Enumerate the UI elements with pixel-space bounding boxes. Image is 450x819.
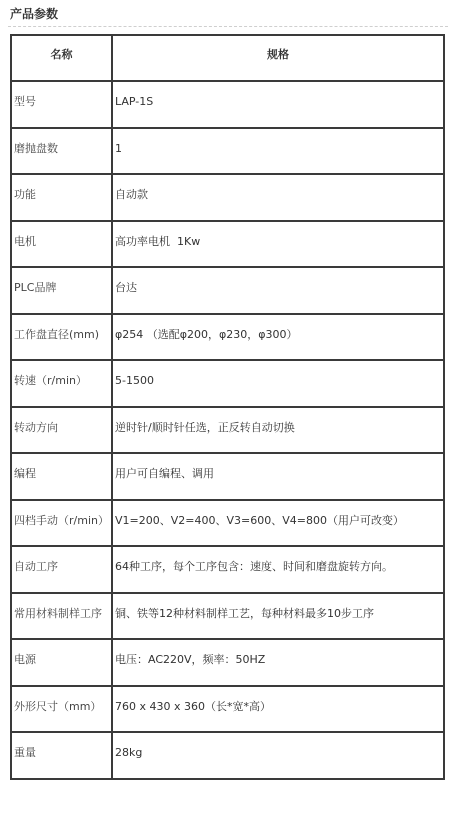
- row-label: 自动工序: [11, 546, 112, 593]
- table-row: 转速（r/min） 5-1500: [11, 360, 444, 407]
- table-row: PLC品牌 台达: [11, 267, 444, 314]
- row-value: LAP-1S: [112, 81, 444, 128]
- row-value: 铜、铁等12种材料制样工艺，每种材料最多10步工序: [112, 593, 444, 640]
- row-value: 1: [112, 128, 444, 175]
- row-value: 28kg: [112, 732, 444, 779]
- row-label: 磨抛盘数: [11, 128, 112, 175]
- row-label: 型号: [11, 81, 112, 128]
- row-label: 编程: [11, 453, 112, 500]
- table-row: 电源 电压：AC220V，频率：50HZ: [11, 639, 444, 686]
- table-row: 转动方向 逆时针/顺时针任选，正反转自动切换: [11, 407, 444, 454]
- column-header-spec: 规格: [112, 35, 444, 81]
- table-header-row: 名称 规格: [11, 35, 444, 81]
- row-label: 常用材料制样工序: [11, 593, 112, 640]
- row-label: 外形尺寸（mm）: [11, 686, 112, 733]
- row-value: 64种工序，每个工序包含：速度、时间和磨盘旋转方向。: [112, 546, 444, 593]
- row-value: V1=200、V2=400、V3=600、V4=800（用户可改变）: [112, 500, 444, 547]
- table-row: 工作盘直径(mm) φ254 （选配φ200，φ230，φ300）: [11, 314, 444, 361]
- section-title: 产品参数: [10, 6, 58, 22]
- table-row: 外形尺寸（mm） 760 x 430 x 360（长*宽*高）: [11, 686, 444, 733]
- row-label: 电源: [11, 639, 112, 686]
- row-value: 台达: [112, 267, 444, 314]
- row-label: 工作盘直径(mm): [11, 314, 112, 361]
- row-value: φ254 （选配φ200，φ230，φ300）: [112, 314, 444, 361]
- row-label: 四档手动（r/min）: [11, 500, 112, 547]
- table-row: 磨抛盘数 1: [11, 128, 444, 175]
- row-value: 760 x 430 x 360（长*宽*高）: [112, 686, 444, 733]
- row-value: 逆时针/顺时针任选，正反转自动切换: [112, 407, 444, 454]
- row-label: 重量: [11, 732, 112, 779]
- table-row: 电机 高功率电机 1Kw: [11, 221, 444, 268]
- row-label: 转速（r/min）: [11, 360, 112, 407]
- row-value: 高功率电机 1Kw: [112, 221, 444, 268]
- row-value: 5-1500: [112, 360, 444, 407]
- title-divider: [8, 26, 448, 27]
- row-value: 用户可自编程、调用: [112, 453, 444, 500]
- row-value: 自动款: [112, 174, 444, 221]
- product-spec-table: 名称 规格 型号 LAP-1S 磨抛盘数 1 功能 自动款 电机 高功率电机 1…: [10, 34, 445, 780]
- table-row: 重量 28kg: [11, 732, 444, 779]
- table-row: 编程 用户可自编程、调用: [11, 453, 444, 500]
- table-row: 自动工序 64种工序，每个工序包含：速度、时间和磨盘旋转方向。: [11, 546, 444, 593]
- column-header-name: 名称: [11, 35, 112, 81]
- row-label: 电机: [11, 221, 112, 268]
- row-value: 电压：AC220V，频率：50HZ: [112, 639, 444, 686]
- table-row: 型号 LAP-1S: [11, 81, 444, 128]
- row-label: 功能: [11, 174, 112, 221]
- row-label: PLC品牌: [11, 267, 112, 314]
- table-row: 四档手动（r/min） V1=200、V2=400、V3=600、V4=800（…: [11, 500, 444, 547]
- row-label: 转动方向: [11, 407, 112, 454]
- table-row: 常用材料制样工序 铜、铁等12种材料制样工艺，每种材料最多10步工序: [11, 593, 444, 640]
- table-row: 功能 自动款: [11, 174, 444, 221]
